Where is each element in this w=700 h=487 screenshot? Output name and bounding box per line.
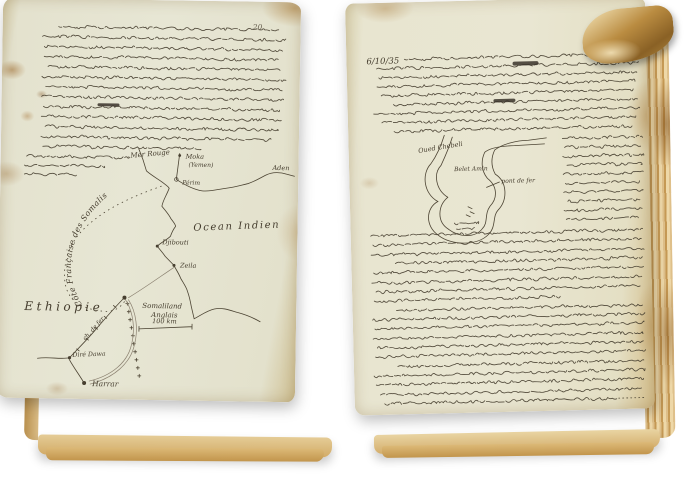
handwriting-line [382, 115, 636, 124]
handwriting-line [393, 97, 637, 107]
right-under-pages-bottom-2 [382, 442, 654, 458]
left-page-number: 20 [252, 23, 263, 32]
handwriting-line [27, 154, 130, 159]
handwriting-line [42, 75, 286, 82]
handwriting-line [59, 25, 279, 32]
map-line-diredawa-harrar [69, 360, 84, 383]
handwriting-line [454, 222, 478, 225]
map-line-west [38, 357, 70, 359]
map-label-zeila: Zeila [179, 261, 197, 269]
handwriting-line [371, 247, 644, 257]
sketch-label-belet-amin: Belet Amin [453, 165, 488, 173]
left-page: 20 Côte Française des Somalis [0, 0, 301, 402]
sketch-label-pont-de-fer: pont de fer [501, 177, 536, 185]
map-label-harrar: Harrar [91, 379, 119, 388]
sketch-pointer-line [486, 182, 499, 187]
handwriting-line [376, 284, 640, 294]
handwriting-line [48, 65, 280, 72]
river-sketch: Oued Chebeli Belet Amin pont de fer [417, 133, 548, 244]
handwriting-line [43, 105, 279, 112]
map-dot-moka [178, 154, 181, 157]
handwriting-line [563, 153, 644, 159]
handwriting-line [567, 162, 642, 167]
photograph-of-manuscript: 20 Côte Française des Somalis [0, 0, 700, 487]
handwriting-line [42, 95, 284, 102]
handwriting-line [563, 171, 643, 176]
sketch-waist-ticks [466, 207, 474, 217]
left-under-pages-2 [46, 447, 324, 461]
map-label-cote-francaise: Côte Française des Somalis [63, 190, 109, 309]
handwriting-line [46, 85, 282, 92]
map-label-ethiopie: Ethiopie [23, 299, 103, 314]
map-dot-harrar [82, 381, 86, 385]
handwriting-line [394, 124, 632, 133]
handwriting-line [398, 359, 644, 368]
map-label-mer-rouge: Mer Rouge [129, 148, 170, 160]
handwriting-line [562, 135, 642, 140]
handwriting-line [374, 295, 560, 303]
handwriting-line [379, 70, 637, 80]
handwriting-line [374, 368, 645, 378]
handwriting-line [43, 144, 201, 150]
handwriting-line [43, 35, 286, 42]
map-label-djibouti: Djibouti [161, 238, 188, 246]
handwriting-line [373, 312, 645, 322]
map-label-ocean-indien: Ocean Indien [193, 220, 280, 234]
map-route-zeila [128, 267, 173, 299]
trailing-dots [619, 397, 647, 398]
handwriting-line [371, 228, 643, 238]
handwriting-line [374, 265, 644, 275]
handwriting-line [372, 275, 642, 285]
handwriting-line [377, 340, 643, 350]
hand-drawn-map: Côte Française des Somalis [22, 146, 295, 391]
map-african-coastline [136, 149, 263, 322]
handwriting-line [565, 144, 641, 149]
handwriting-line [457, 228, 475, 230]
map-label-dire-dawa: Diré Dawa [71, 351, 106, 359]
handwriting-line [375, 321, 644, 331]
handwriting-line [564, 207, 642, 212]
handwriting-line [377, 79, 635, 89]
handwriting-line [566, 216, 638, 221]
map-label-chemin-de-fer: ch. de fer [82, 315, 107, 342]
handwriting-line [564, 189, 643, 194]
handwriting-line [395, 256, 642, 266]
handwriting-line [24, 172, 76, 176]
map-dotted-border [64, 185, 161, 312]
handwriting-line [396, 303, 642, 313]
map-label-perim: Périm [181, 180, 200, 187]
handwriting-line [376, 349, 646, 359]
left-page-stack: 20 Côte Française des Somalis [0, 0, 360, 487]
map-label-moka-region: (Yemen) [188, 162, 214, 169]
map-label-moka: Moka [185, 153, 205, 161]
handwriting-line [376, 377, 643, 387]
handwriting-line [41, 134, 271, 141]
handwriting-line [41, 114, 281, 121]
crossed-out-word-2 [493, 99, 515, 103]
map-label-somaliland: Somaliland [142, 302, 182, 311]
handwriting-line [373, 331, 643, 341]
entry-date: 6/10/35 [366, 56, 399, 67]
handwriting-line [44, 45, 282, 52]
handwriting-line [373, 237, 641, 247]
right-handwriting-block [366, 52, 649, 406]
handwriting-line [385, 397, 617, 406]
left-page-content: 20 Côte Française des Somalis [0, 0, 301, 402]
sketch-label-oued-chebeli: Oued Chebeli [418, 140, 463, 155]
handwriting-line [25, 164, 105, 168]
crossed-out-word [512, 61, 538, 66]
handwriting-line [568, 198, 640, 203]
crossed-out-word [97, 103, 119, 106]
map-railway-cross-ticks [125, 302, 142, 377]
handwriting-line [381, 88, 633, 98]
handwriting-line [44, 55, 278, 62]
handwriting-line [45, 125, 278, 132]
handwriting-line [381, 387, 642, 397]
map-scale-label: 100 km [152, 317, 177, 325]
handwriting-line [565, 180, 639, 185]
map-label-aden: Aden [271, 164, 289, 172]
right-page-stack: 6/10/35 68 Oued Chebeli Belet Amin pont … [350, 0, 700, 487]
handwriting-line [374, 106, 640, 116]
